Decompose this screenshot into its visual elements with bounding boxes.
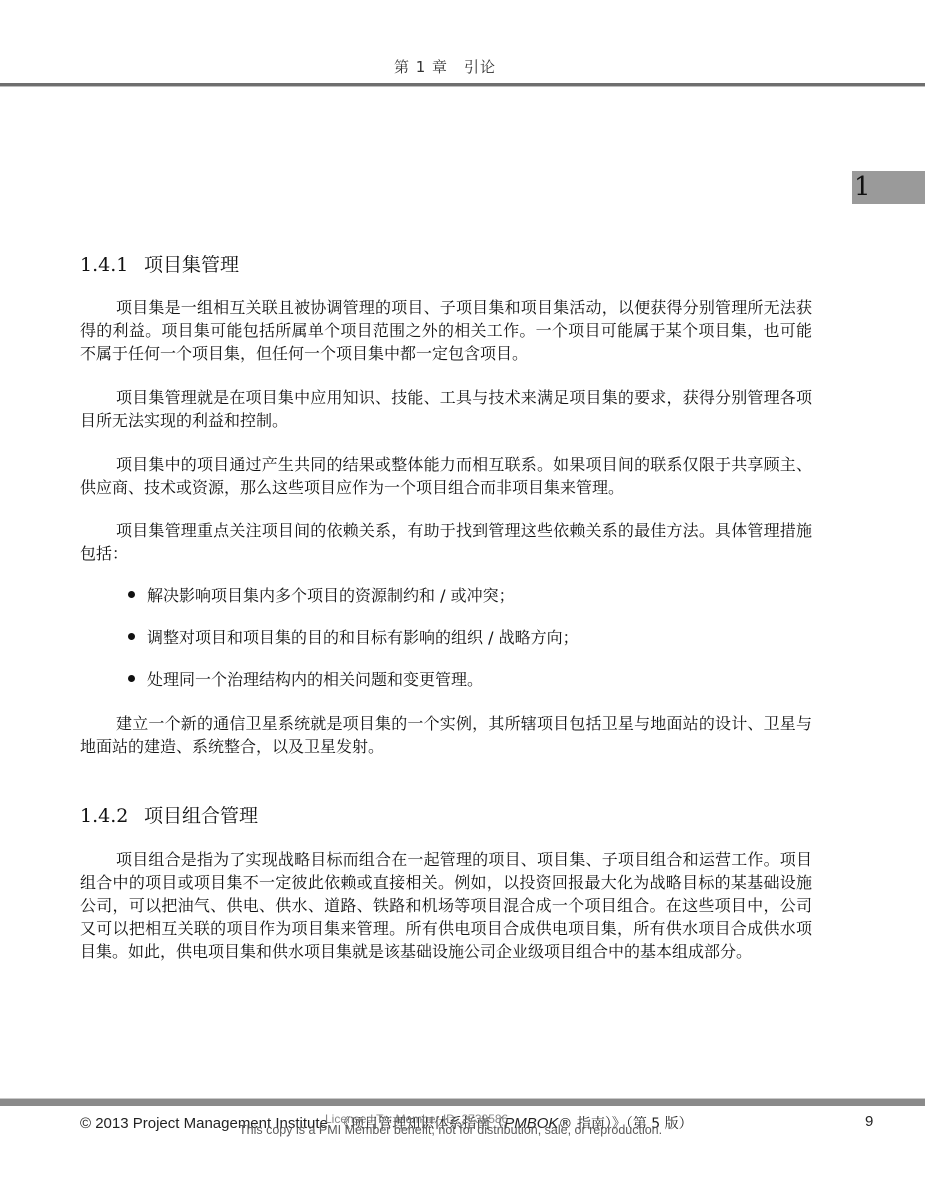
bullet-text: 解决影响项目集内多个项目的资源制约和 / 或冲突； <box>147 586 515 605</box>
paragraph: 项目集中的项目通过产生共同的结果或整体能力而相互联系。如果项目间的联系仅限于共享… <box>80 453 812 499</box>
paragraph: 项目集管理重点关注项目间的依赖关系，有助于找到管理这些依赖关系的最佳方法。具体管… <box>80 519 812 565</box>
section-title: 项目组合管理 <box>144 805 258 827</box>
bullet-item: 解决影响项目集内多个项目的资源制约和 / 或冲突； <box>128 584 515 607</box>
copy-notice: This copy is a PMI Member benefit, not f… <box>239 1123 662 1137</box>
section-number: 1.4.1 <box>80 254 144 276</box>
paragraph: 项目集是一组相互关联且被协调管理的项目、子项目集和项目集活动，以便获得分别管理所… <box>80 296 812 365</box>
section-number: 1.4.2 <box>80 805 144 827</box>
section-title: 项目集管理 <box>144 254 239 276</box>
paragraph: 项目集管理就是在项目集中应用知识、技能、工具与技术来满足项目集的要求，获得分别管… <box>80 386 812 432</box>
footer-rule <box>0 1098 925 1106</box>
paragraph: 项目组合是指为了实现战略目标而组合在一起管理的项目、项目集、子项目组合和运营工作… <box>80 848 812 963</box>
bullet-icon <box>128 675 135 682</box>
section-heading-1-4-1: 1.4.1项目集管理 <box>80 250 239 277</box>
header-rule <box>0 83 925 87</box>
chapter-tab-number: 1 <box>854 172 871 202</box>
bullet-icon <box>128 633 135 640</box>
bullet-icon <box>128 591 135 598</box>
chapter-tab: 1 <box>852 171 925 204</box>
bullet-text: 处理同一个治理结构内的相关问题和变更管理。 <box>147 670 483 689</box>
section-heading-1-4-2: 1.4.2项目组合管理 <box>80 801 258 828</box>
paragraph: 建立一个新的通信卫星系统就是项目集的一个实例，其所辖项目包括卫星与地面站的设计、… <box>80 712 812 758</box>
bullet-text: 调整对项目和项目集的目的和目标有影响的组织 / 战略方向； <box>147 628 579 647</box>
page-number: 9 <box>865 1113 873 1130</box>
running-head: 第 1 章 引论 <box>0 56 890 77</box>
bullet-item: 处理同一个治理结构内的相关问题和变更管理。 <box>128 668 483 691</box>
bullet-item: 调整对项目和项目集的目的和目标有影响的组织 / 战略方向； <box>128 626 579 649</box>
